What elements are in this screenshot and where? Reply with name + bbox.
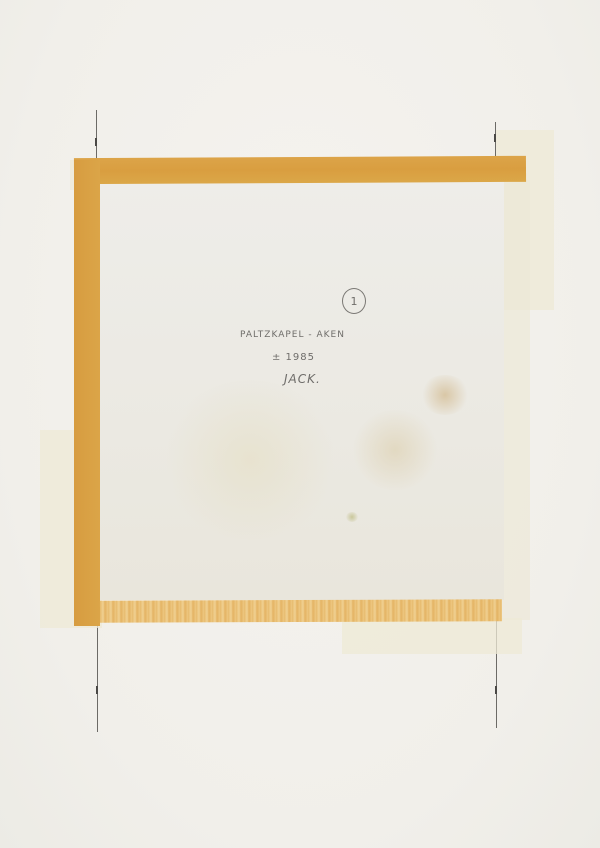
inscription-date: ± 1985 (272, 352, 315, 363)
mount-paper: 1 PALTZKAPEL - AKEN ± 1985 JACK. (0, 0, 600, 848)
water-stain (350, 410, 440, 490)
circled-number: 1 (342, 288, 366, 314)
green-spot (346, 512, 358, 522)
orange-tape-left (74, 160, 100, 626)
crop-tick-left-top (95, 138, 97, 146)
orange-tape-bottom (100, 599, 502, 622)
crop-tick-right-bottom (495, 686, 497, 694)
artwork-sheet: 1 PALTZKAPEL - AKEN ± 1985 JACK. (100, 180, 504, 600)
clear-tape-bottom-right (342, 618, 522, 654)
inscription-title: PALTZKAPEL - AKEN (240, 330, 345, 340)
crop-tick-left-bottom (96, 686, 98, 694)
water-stain (160, 380, 340, 540)
inscription-number: 1 (351, 295, 358, 308)
crop-line-left-bottom (97, 622, 98, 732)
water-stain (420, 375, 470, 415)
inscription-signature: JACK. (284, 372, 321, 386)
orange-tape-top (74, 156, 526, 184)
